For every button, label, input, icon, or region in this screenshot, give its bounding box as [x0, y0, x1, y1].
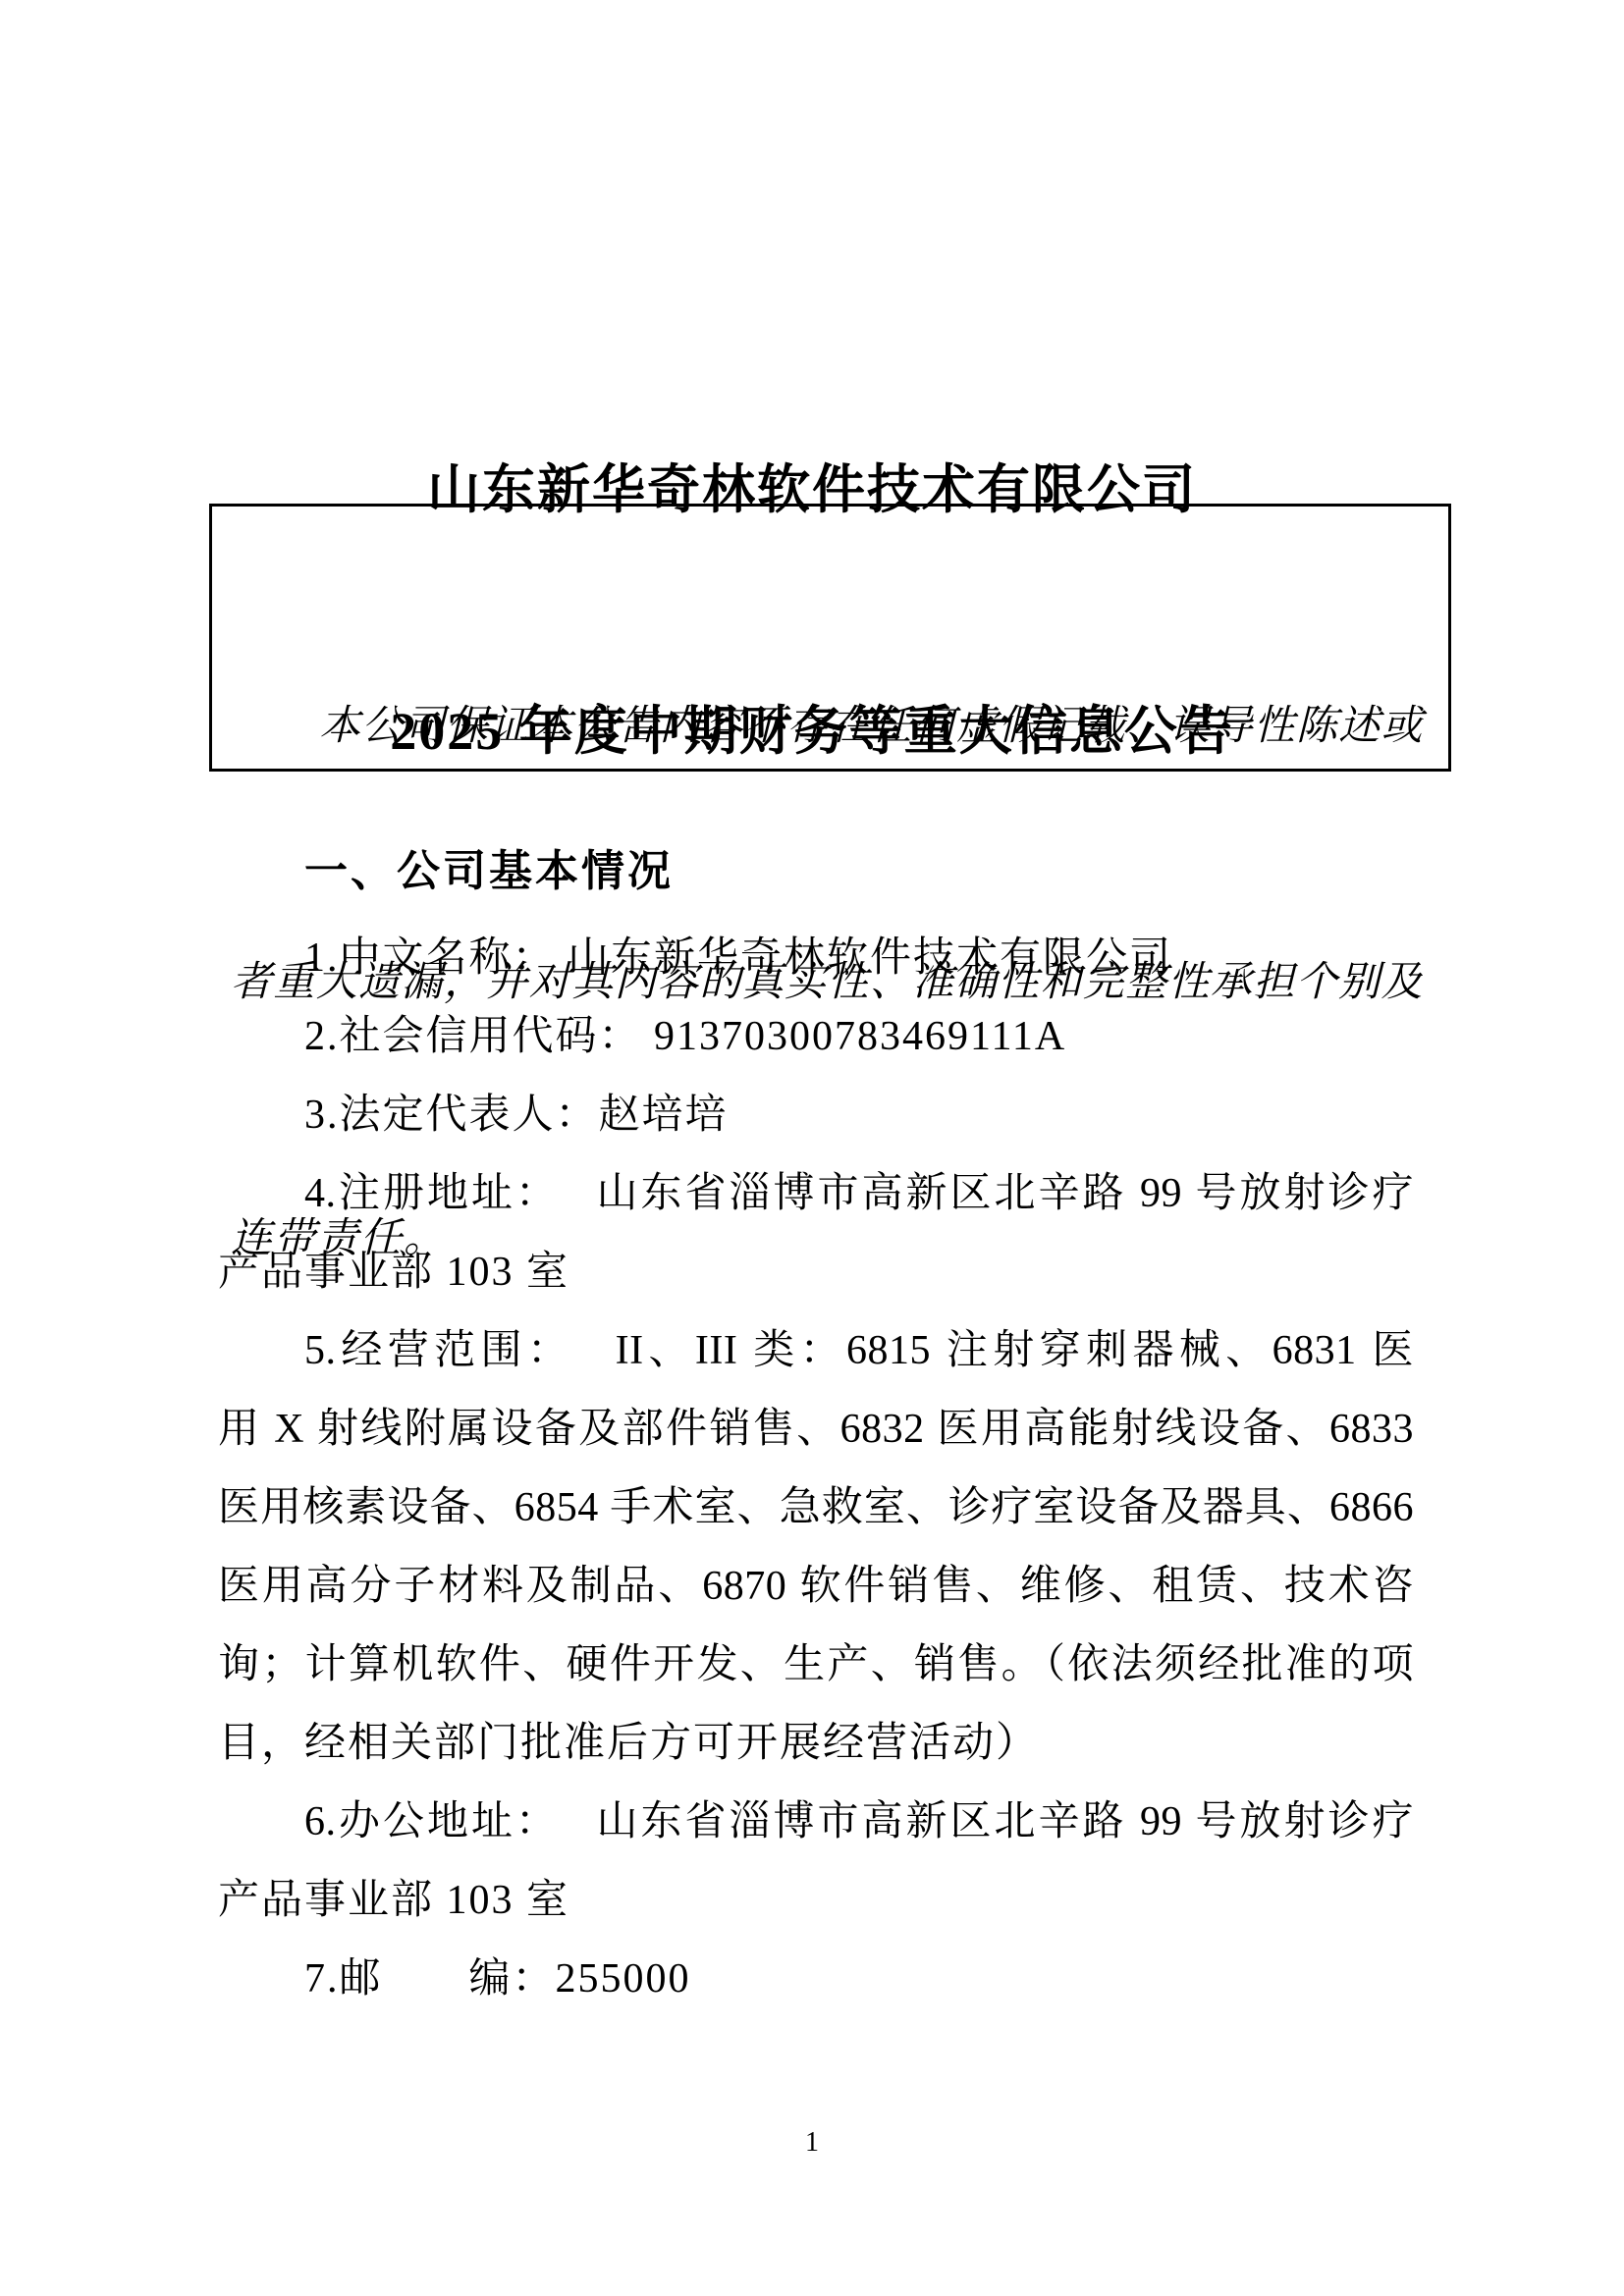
body-line-business-scope: 5.经营范围： II、III 类：6815 注射穿刺器械、6831 医 [218, 1311, 1414, 1390]
disclaimer-line: 本公司保证本公告内容不存在任何虚假记载、误导性陈述或 [231, 684, 1423, 770]
document-page: 山东新华奇林软件技术有限公司 2025 年度中期财务等重大信息公告 本公司保证本… [0, 0, 1624, 2296]
disclaimer-box: 本公司保证本公告内容不存在任何虚假记载、误导性陈述或 者重大遗漏，并对其内容的真… [209, 504, 1451, 772]
body-line-business-scope-cont: 医用核素设备、6854 手术室、急救室、诊疗室设备及器具、6866 [218, 1468, 1414, 1547]
body-line-postal-code: 7.邮 编：255000 [218, 1940, 1414, 2018]
body-line-business-scope-cont: 用 X 射线附属设备及部件销售、6832 医用高能射线设备、6833 [218, 1390, 1414, 1468]
body-line-legal-representative: 3.法定代表人：赵培培 [218, 1076, 1414, 1154]
body-line-business-scope-cont: 医用高分子材料及制品、6870 软件销售、维修、租赁、技术咨 [218, 1547, 1414, 1626]
body-line-credit-code: 2.社会信用代码： 91370300783469111A [218, 997, 1414, 1076]
section-heading: 一、公司基本情况 [218, 832, 1414, 911]
page-number: 1 [0, 2126, 1624, 2160]
body-line-chinese-name: 1.中文名称： 山东新华奇林软件技术有限公司 [218, 919, 1414, 997]
body-line-office-address: 6.办公地址： 山东省淄博市高新区北辛路 99 号放射诊疗 [218, 1783, 1414, 1861]
body-line-registered-address-cont: 产品事业部 103 室 [218, 1233, 1414, 1311]
body-line-business-scope-end: 目，经相关部门批准后方可开展经营活动） [218, 1704, 1414, 1783]
body-line-business-scope-cont: 询；计算机软件、硬件开发、生产、销售。（依法须经批准的项 [218, 1626, 1414, 1704]
body-line-office-address-cont: 产品事业部 103 室 [218, 1861, 1414, 1940]
section-body: 1.中文名称： 山东新华奇林软件技术有限公司 2.社会信用代码： 9137030… [218, 919, 1414, 2018]
body-line-registered-address: 4.注册地址： 山东省淄博市高新区北辛路 99 号放射诊疗 [218, 1154, 1414, 1233]
